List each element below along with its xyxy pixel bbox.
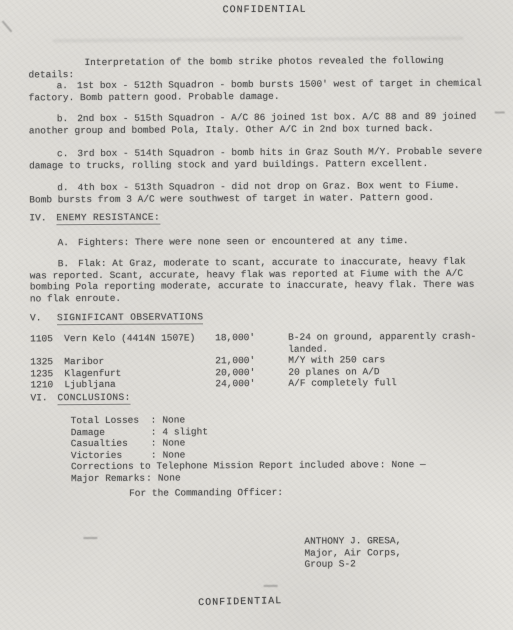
- observations-table: 1105 Vern Kelo (4414N 1507E) 18,000' B-2…: [30, 331, 500, 391]
- conclusion-label: Major Remarks: [71, 472, 145, 483]
- obs-altitude: 18,000': [215, 332, 288, 355]
- strike-item-b: b.2nd box - 515th Squadron - A/C 86 join…: [29, 111, 484, 137]
- pencil-dash: [264, 585, 278, 587]
- colon: :: [380, 459, 386, 470]
- item-text: 1st box - 512th Squadron - bomb bursts 1…: [29, 78, 482, 103]
- conclusion-value: None: [163, 449, 186, 460]
- obs-remark: A/F completely full: [288, 377, 500, 390]
- conclusion-label: Victories: [71, 449, 151, 461]
- obs-time: 1210: [30, 379, 64, 391]
- obs-time: 1235: [30, 368, 64, 380]
- section-number: V.: [30, 312, 57, 325]
- conclusion-label: Casualties: [71, 438, 151, 450]
- item-text: 2nd box - 515th Squadron - A/C 86 joined…: [29, 111, 476, 136]
- table-row: 1105 Vern Kelo (4414N 1507E) 18,000' B-2…: [30, 331, 500, 357]
- signer-unit: Group S-2: [304, 558, 401, 570]
- pencil-dash: [495, 111, 505, 113]
- section-number: IV.: [29, 212, 56, 225]
- obs-place: Maribor: [64, 355, 215, 367]
- item-text: 4th box - 513th Squadron - did not drop …: [29, 180, 459, 205]
- section-vi-heading: VI. CONCLUSIONS:: [30, 392, 130, 405]
- conclusion-value: None —: [391, 459, 425, 470]
- table-row: 1210 Ljubljana 24,000' A/F completely fu…: [30, 377, 500, 391]
- item-label: d.: [57, 182, 68, 193]
- conclusions-list: Total Losses:None Damage:4 slight Casual…: [71, 413, 501, 485]
- signer-name: ANTHONY J. GRESA,: [304, 535, 401, 547]
- strike-item-c: c.3rd box - 514th Squadron - bomb hits i…: [29, 146, 484, 172]
- section-title: CONCLUSIONS:: [57, 392, 130, 405]
- pencil-mark: [2, 20, 12, 32]
- item-label: A.: [58, 237, 69, 248]
- signer-rank: Major, Air Corps,: [304, 547, 401, 559]
- section-title: SIGNIFICANT OBSERVATIONS: [57, 311, 204, 324]
- item-label: a.: [57, 80, 68, 91]
- obs-time: 1105: [30, 333, 64, 356]
- classification-footer: CONFIDENTIAL: [0, 591, 497, 615]
- document-sheet: CONFIDENTIAL Interpretation of the bomb …: [0, 0, 513, 630]
- section-title: ENEMY RESISTANCE:: [56, 212, 160, 225]
- colon: :: [146, 472, 152, 483]
- fighters-paragraph: A.Fighters: There were none seen or enco…: [30, 235, 485, 249]
- item-label: B.: [58, 258, 69, 269]
- flak-text: Flak: At Graz, moderate to scant, accura…: [30, 256, 475, 304]
- conclusion-value: None: [162, 437, 185, 448]
- item-label: b.: [57, 113, 68, 124]
- colon: :: [151, 415, 157, 426]
- obs-altitude: 20,000': [215, 366, 288, 378]
- intro-paragraph: Interpretation of the bomb strike photos…: [28, 55, 490, 81]
- colon: :: [151, 438, 157, 449]
- obs-remark: B-24 on ground, apparently crash-landed.: [288, 331, 500, 355]
- classification-header: CONFIDENTIAL: [0, 3, 513, 18]
- for-commanding-officer-line: For the Commanding Officer:: [129, 487, 283, 499]
- scanned-document-page: { "page": { "classification": "CONFIDENT…: [0, 0, 513, 630]
- conclusion-value: None: [158, 472, 181, 483]
- conclusion-value: 4 slight: [162, 426, 208, 437]
- fighters-text: Fighters: There were none seen or encoun…: [78, 235, 409, 248]
- colon: :: [151, 449, 157, 460]
- item-text: 3rd box - 514th Squadron - bomb hits in …: [29, 146, 482, 171]
- obs-place: Klagenfurt: [64, 367, 215, 379]
- obs-place: Ljubljana: [64, 378, 215, 390]
- obs-altitude: 24,000': [215, 378, 288, 390]
- scan-smudge: [53, 37, 463, 43]
- conclusion-label: Total Losses: [71, 415, 151, 427]
- section-number: VI.: [30, 392, 57, 405]
- section-iv-heading: IV. ENEMY RESISTANCE:: [29, 212, 160, 225]
- obs-altitude: 21,000': [215, 355, 288, 367]
- conclusion-value: None: [162, 414, 185, 425]
- colon: :: [151, 426, 157, 437]
- strike-item-a: a.1st box - 512th Squadron - bomb bursts…: [29, 78, 484, 104]
- flak-paragraph: B.Flak: At Graz, moderate to scant, accu…: [30, 256, 485, 305]
- strike-item-d: d.4th box - 513th Squadron - did not dro…: [29, 180, 484, 206]
- signature-block: ANTHONY J. GRESA, Major, Air Corps, Grou…: [304, 535, 401, 570]
- conclusion-line: Major Remarks:None: [71, 470, 501, 484]
- section-v-heading: V. SIGNIFICANT OBSERVATIONS: [30, 311, 204, 325]
- conclusion-label: Corrections to Telephone Mission Report …: [71, 459, 379, 472]
- item-label: c.: [57, 148, 68, 159]
- conclusion-label: Damage: [71, 426, 151, 438]
- obs-time: 1325: [30, 356, 64, 368]
- obs-place: Vern Kelo (4414N 1507E): [64, 332, 215, 356]
- pencil-dash: [83, 537, 97, 539]
